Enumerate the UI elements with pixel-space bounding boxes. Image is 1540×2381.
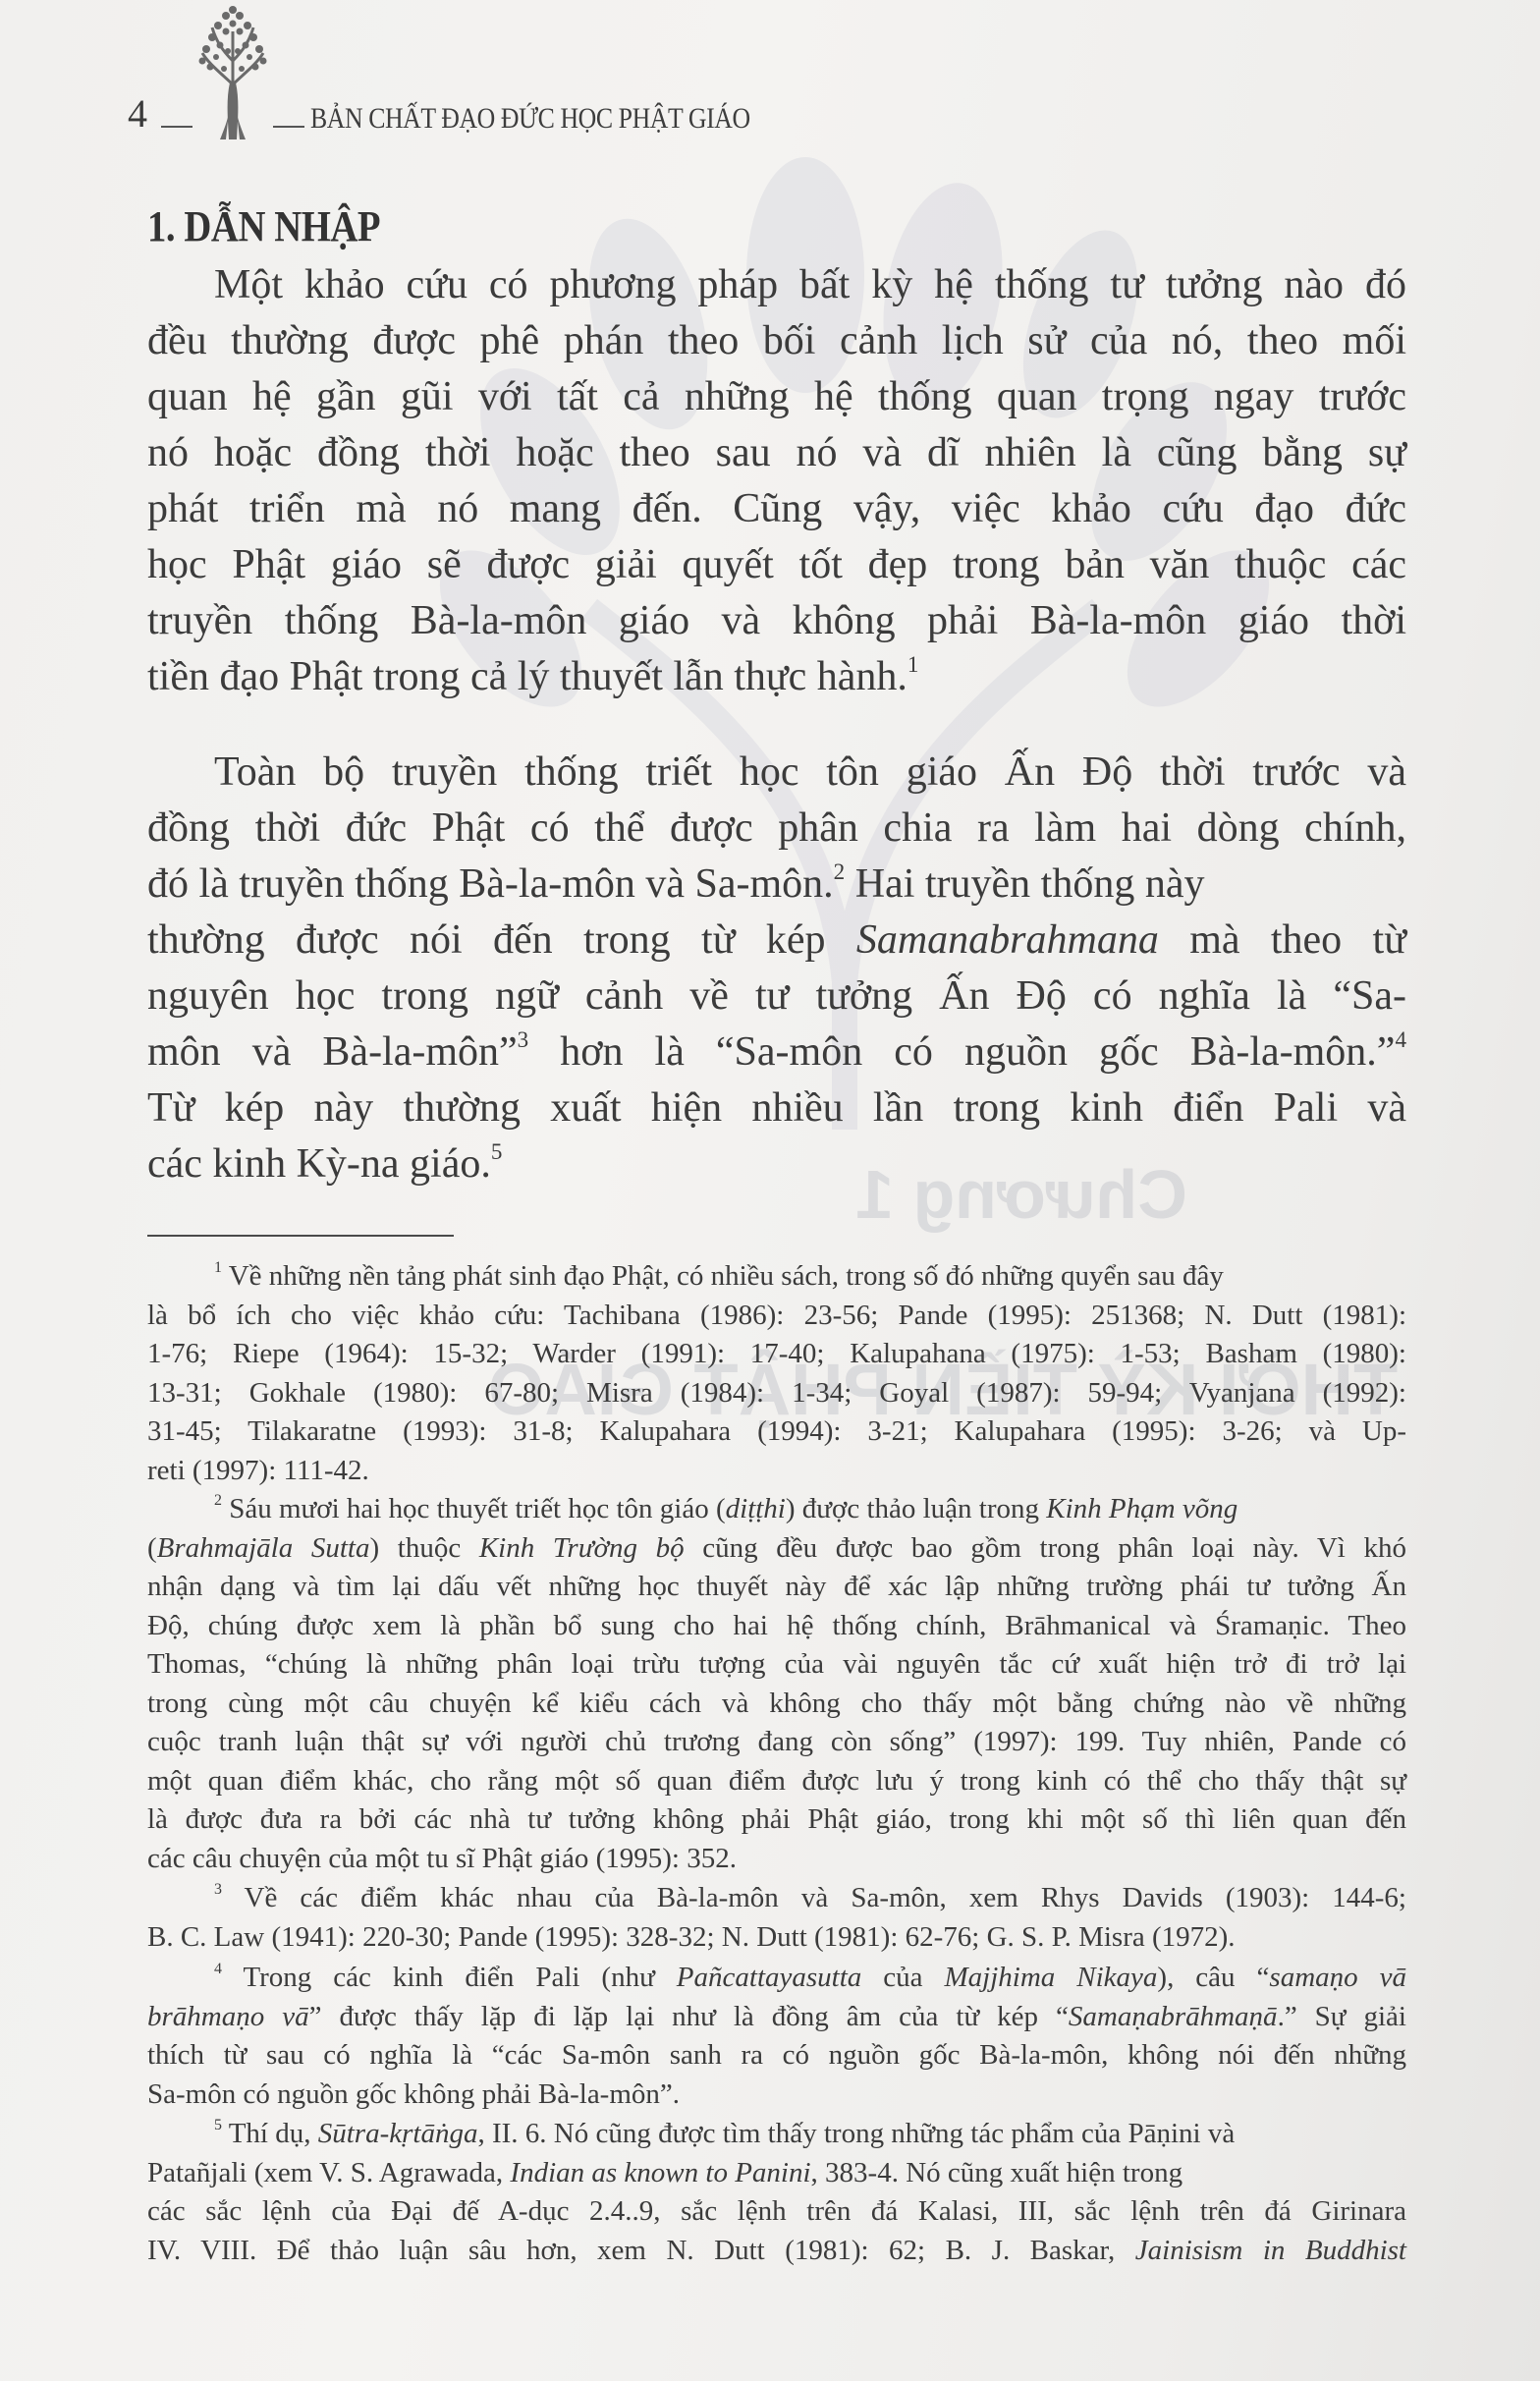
text-run: .” Sự giải <box>1278 2001 1406 2032</box>
text-run: ) thuộc <box>369 1532 478 1564</box>
text-line: đều thường được phê phán theo bối cảnh l… <box>147 313 1406 369</box>
text-run: Thí dụ, <box>229 2118 318 2149</box>
book-title: Indian as known to Panini <box>510 2157 810 2188</box>
text-run: , 383-4. Nó cũng xuất hiện trong <box>811 2157 1183 2188</box>
footnote-2: 2 Sáu mươi hai học thuyết triết học tôn … <box>147 1490 1406 1878</box>
bodhi-tree-icon <box>198 2 267 139</box>
text-run: Hai truyền thống này <box>845 861 1204 907</box>
header-rule-right <box>273 126 304 128</box>
footnote-line: IV. VIII. Để thảo luận sâu hơn, xem N. D… <box>147 2232 1406 2271</box>
footnote-ref-1[interactable]: 1 <box>907 651 919 677</box>
text-line: phát triển mà nó mang đến. Cũng vậy, việ… <box>147 481 1406 537</box>
text-run: ” được thấy lặp đi lặp lại như là đồng â… <box>309 2001 1069 2032</box>
pali-term: Samaṇabrāhmaṇā <box>1069 2001 1278 2032</box>
footnote-number: 4 <box>214 1961 222 1977</box>
footnote-line: nhận dạng và tìm lại dấu vết những học t… <box>147 1568 1406 1607</box>
running-header: 4 BẢN CHẤT ĐẠO ĐỨC HỌC PHẬT GIÁO <box>128 65 822 134</box>
text-line: nó hoặc đồng thời hoặc theo sau nó và dĩ… <box>147 425 1406 481</box>
text-run: hơn là “Sa-môn có nguồn gốc Bà-la-môn.” <box>528 1029 1395 1075</box>
footnote-line: 5 Thí dụ, Sūtra-kṛtāṅga, II. 6. Nó cũng … <box>147 2115 1406 2154</box>
footnote-line: 4 Trong các kinh điển Pali (như Pañcatta… <box>147 1959 1406 1998</box>
footnote-ref-3[interactable]: 3 <box>518 1026 529 1052</box>
pali-term: brāhmaṇo vā <box>147 2001 309 2032</box>
footnote-line: 1 Về những nền tảng phát sinh đạo Phật, … <box>147 1257 1406 1297</box>
text-line: truyền thống Bà-la-môn giáo và không phả… <box>147 593 1406 649</box>
header-rule-left <box>161 126 192 128</box>
footnote-line: 3 Về các điểm khác nhau của Bà-la-môn và… <box>147 1879 1406 1918</box>
text-run: đó là truyền thống Bà-la-môn và Sa-môn. <box>147 861 834 907</box>
text-run: Về các điểm khác nhau của Bà-la-môn và S… <box>245 1882 1406 1913</box>
footnote-line: B. C. Law (1941): 220-30; Pande (1995): … <box>147 1918 1406 1958</box>
pali-term: diṭṭhi <box>726 1493 786 1524</box>
text-run: ( <box>147 1532 157 1564</box>
text-line: các kinh Kỳ-na giáo.5 <box>147 1136 1406 1192</box>
page-number: 4 <box>128 94 147 134</box>
book-title: Jainisism in Buddhist <box>1135 2235 1406 2266</box>
text-run: Trong các kinh điển Pali (như <box>243 1962 676 1993</box>
sutta-title: Pañcattayasutta <box>677 1962 861 1993</box>
sutta-title: Kinh Phạm võng <box>1046 1493 1237 1524</box>
footnote-line: 31-45; Tilakaratne (1993): 31-8; Kalupah… <box>147 1412 1406 1452</box>
text-line: học Phật giáo sẽ được giải quyết tốt đẹp… <box>147 537 1406 593</box>
sutta-title: Brahmajāla Sutta <box>157 1532 370 1564</box>
footnote-number: 3 <box>214 1881 222 1898</box>
text-run: môn và Bà-la-môn” <box>147 1029 518 1075</box>
collection-title: Kinh Trường bộ <box>479 1532 685 1564</box>
footnote-line: các sắc lệnh của Đại đế A-dục 2.4..9, sắ… <box>147 2192 1406 2232</box>
text-run: của <box>861 1962 944 1993</box>
footnote-number: 5 <box>214 2117 222 2133</box>
text-run: Sáu mươi hai học thuyết triết học tôn gi… <box>229 1493 725 1524</box>
footnote-line: 13-31; Gokhale (1980): 67-80; Misra (198… <box>147 1374 1406 1413</box>
text-run: ), câu “ <box>1157 1962 1269 1993</box>
footnote-line: cuộc tranh luận thật sự với người chủ tr… <box>147 1723 1406 1762</box>
text-run: ) được thảo luận trong <box>786 1493 1046 1524</box>
text-line: nguyên học trong ngữ cảnh về tư tưởng Ấn… <box>147 969 1406 1024</box>
footnote-line: 2 Sáu mươi hai học thuyết triết học tôn … <box>147 1490 1406 1529</box>
text-run: IV. VIII. Để thảo luận sâu hơn, xem N. D… <box>147 2235 1135 2266</box>
footnote-separator <box>147 1235 454 1237</box>
footnote-3: 3 Về các điểm khác nhau của Bà-la-môn và… <box>147 1879 1406 1957</box>
footnote-line: Độ, chúng được xem là phần bổ sung cho h… <box>147 1607 1406 1646</box>
text-run: Patañjali (xem V. S. Agrawada, <box>147 2157 510 2188</box>
text-title: Sūtra-kṛtāṅga <box>318 2118 478 2149</box>
footnote-5: 5 Thí dụ, Sūtra-kṛtāṅga, II. 6. Nó cũng … <box>147 2115 1406 2270</box>
footnote-number: 1 <box>214 1259 222 1276</box>
text-line: môn và Bà-la-môn”3 hơn là “Sa-môn có ngu… <box>147 1024 1406 1080</box>
paragraph-1: Một khảo cứu có phương pháp bất kỳ hệ th… <box>147 257 1406 705</box>
text-run: Về những nền tảng phát sinh đạo Phật, có… <box>229 1260 1224 1292</box>
footnote-ref-5[interactable]: 5 <box>491 1138 503 1164</box>
running-title: BẢN CHẤT ĐẠO ĐỨC HỌC PHẬT GIÁO <box>310 104 750 134</box>
text-line: Từ kép này thường xuất hiện nhiều lần tr… <box>147 1080 1406 1136</box>
footnote-ref-2[interactable]: 2 <box>834 858 846 884</box>
footnote-line: trong cùng một câu chuyện kể kiểu cách v… <box>147 1685 1406 1724</box>
text-line: đó là truyền thống Bà-la-môn và Sa-môn.2… <box>147 857 1406 913</box>
footnote-4: 4 Trong các kinh điển Pali (như Pañcatta… <box>147 1959 1406 2114</box>
text-run: mà theo từ <box>1159 917 1406 963</box>
text-run: , II. 6. Nó cũng được tìm thấy trong nhữ… <box>477 2118 1235 2149</box>
section-heading: 1. DẪN NHẬP <box>147 201 380 251</box>
text-run: các kinh Kỳ-na giáo. <box>147 1141 491 1187</box>
footnote-ref-4[interactable]: 4 <box>1395 1026 1406 1052</box>
pali-term: samaṇo vā <box>1269 1962 1406 1993</box>
footnote-1: 1 Về những nền tảng phát sinh đạo Phật, … <box>147 1257 1406 1490</box>
footnote-line: reti (1997): 111-42. <box>147 1452 1406 1491</box>
footnote-line: 1-76; Riepe (1964): 15-32; Warder (1991)… <box>147 1335 1406 1374</box>
text-line: thường được nói đến trong từ kép Samanab… <box>147 913 1406 969</box>
paragraph-2: Toàn bộ truyền thống triết học tôn giáo … <box>147 745 1406 1192</box>
text-line: Một khảo cứu có phương pháp bất kỳ hệ th… <box>147 257 1406 313</box>
text-line: quan hệ gần gũi với tất cả những hệ thốn… <box>147 369 1406 425</box>
footnote-line: là được đưa ra bởi các nhà tư tưởng khôn… <box>147 1800 1406 1840</box>
footnote-line: brāhmaṇo vā” được thấy lặp đi lặp lại nh… <box>147 1998 1406 2037</box>
footnote-line: Patañjali (xem V. S. Agrawada, Indian as… <box>147 2154 1406 2193</box>
text-line: Toàn bộ truyền thống triết học tôn giáo … <box>147 745 1406 801</box>
footnote-line: là bổ ích cho việc khảo cứu: Tachibana (… <box>147 1297 1406 1336</box>
footnote-number: 2 <box>214 1492 222 1509</box>
text-run: thường được nói đến trong từ kép <box>147 917 856 963</box>
footnote-line: thích từ sau có nghĩa là “các Sa-môn san… <box>147 2036 1406 2076</box>
footnote-line: Sa-môn có nguồn gốc không phải Bà-la-môn… <box>147 2076 1406 2115</box>
footnote-line: một quan điểm khác, cho rằng một số quan… <box>147 1762 1406 1801</box>
footnote-line: (Brahmajāla Sutta) thuộc Kinh Trường bộ … <box>147 1529 1406 1569</box>
collection-title: Majjhima Nikaya <box>945 1962 1158 1993</box>
footnote-line: các câu chuyện của một tu sĩ Phật giáo (… <box>147 1840 1406 1879</box>
footnote-line: Thomas, “chúng là những phân loại trừu t… <box>147 1645 1406 1685</box>
pali-term: Samanabrahmana <box>856 917 1159 963</box>
text-line: tiền đạo Phật trong cả lý thuyết lẫn thự… <box>147 649 1406 705</box>
text-run: tiền đạo Phật trong cả lý thuyết lẫn thự… <box>147 654 907 699</box>
text-run: cũng đều được bao gồm trong phân loại nà… <box>685 1532 1406 1564</box>
text-line: đồng thời đức Phật có thể được phân chia… <box>147 801 1406 857</box>
